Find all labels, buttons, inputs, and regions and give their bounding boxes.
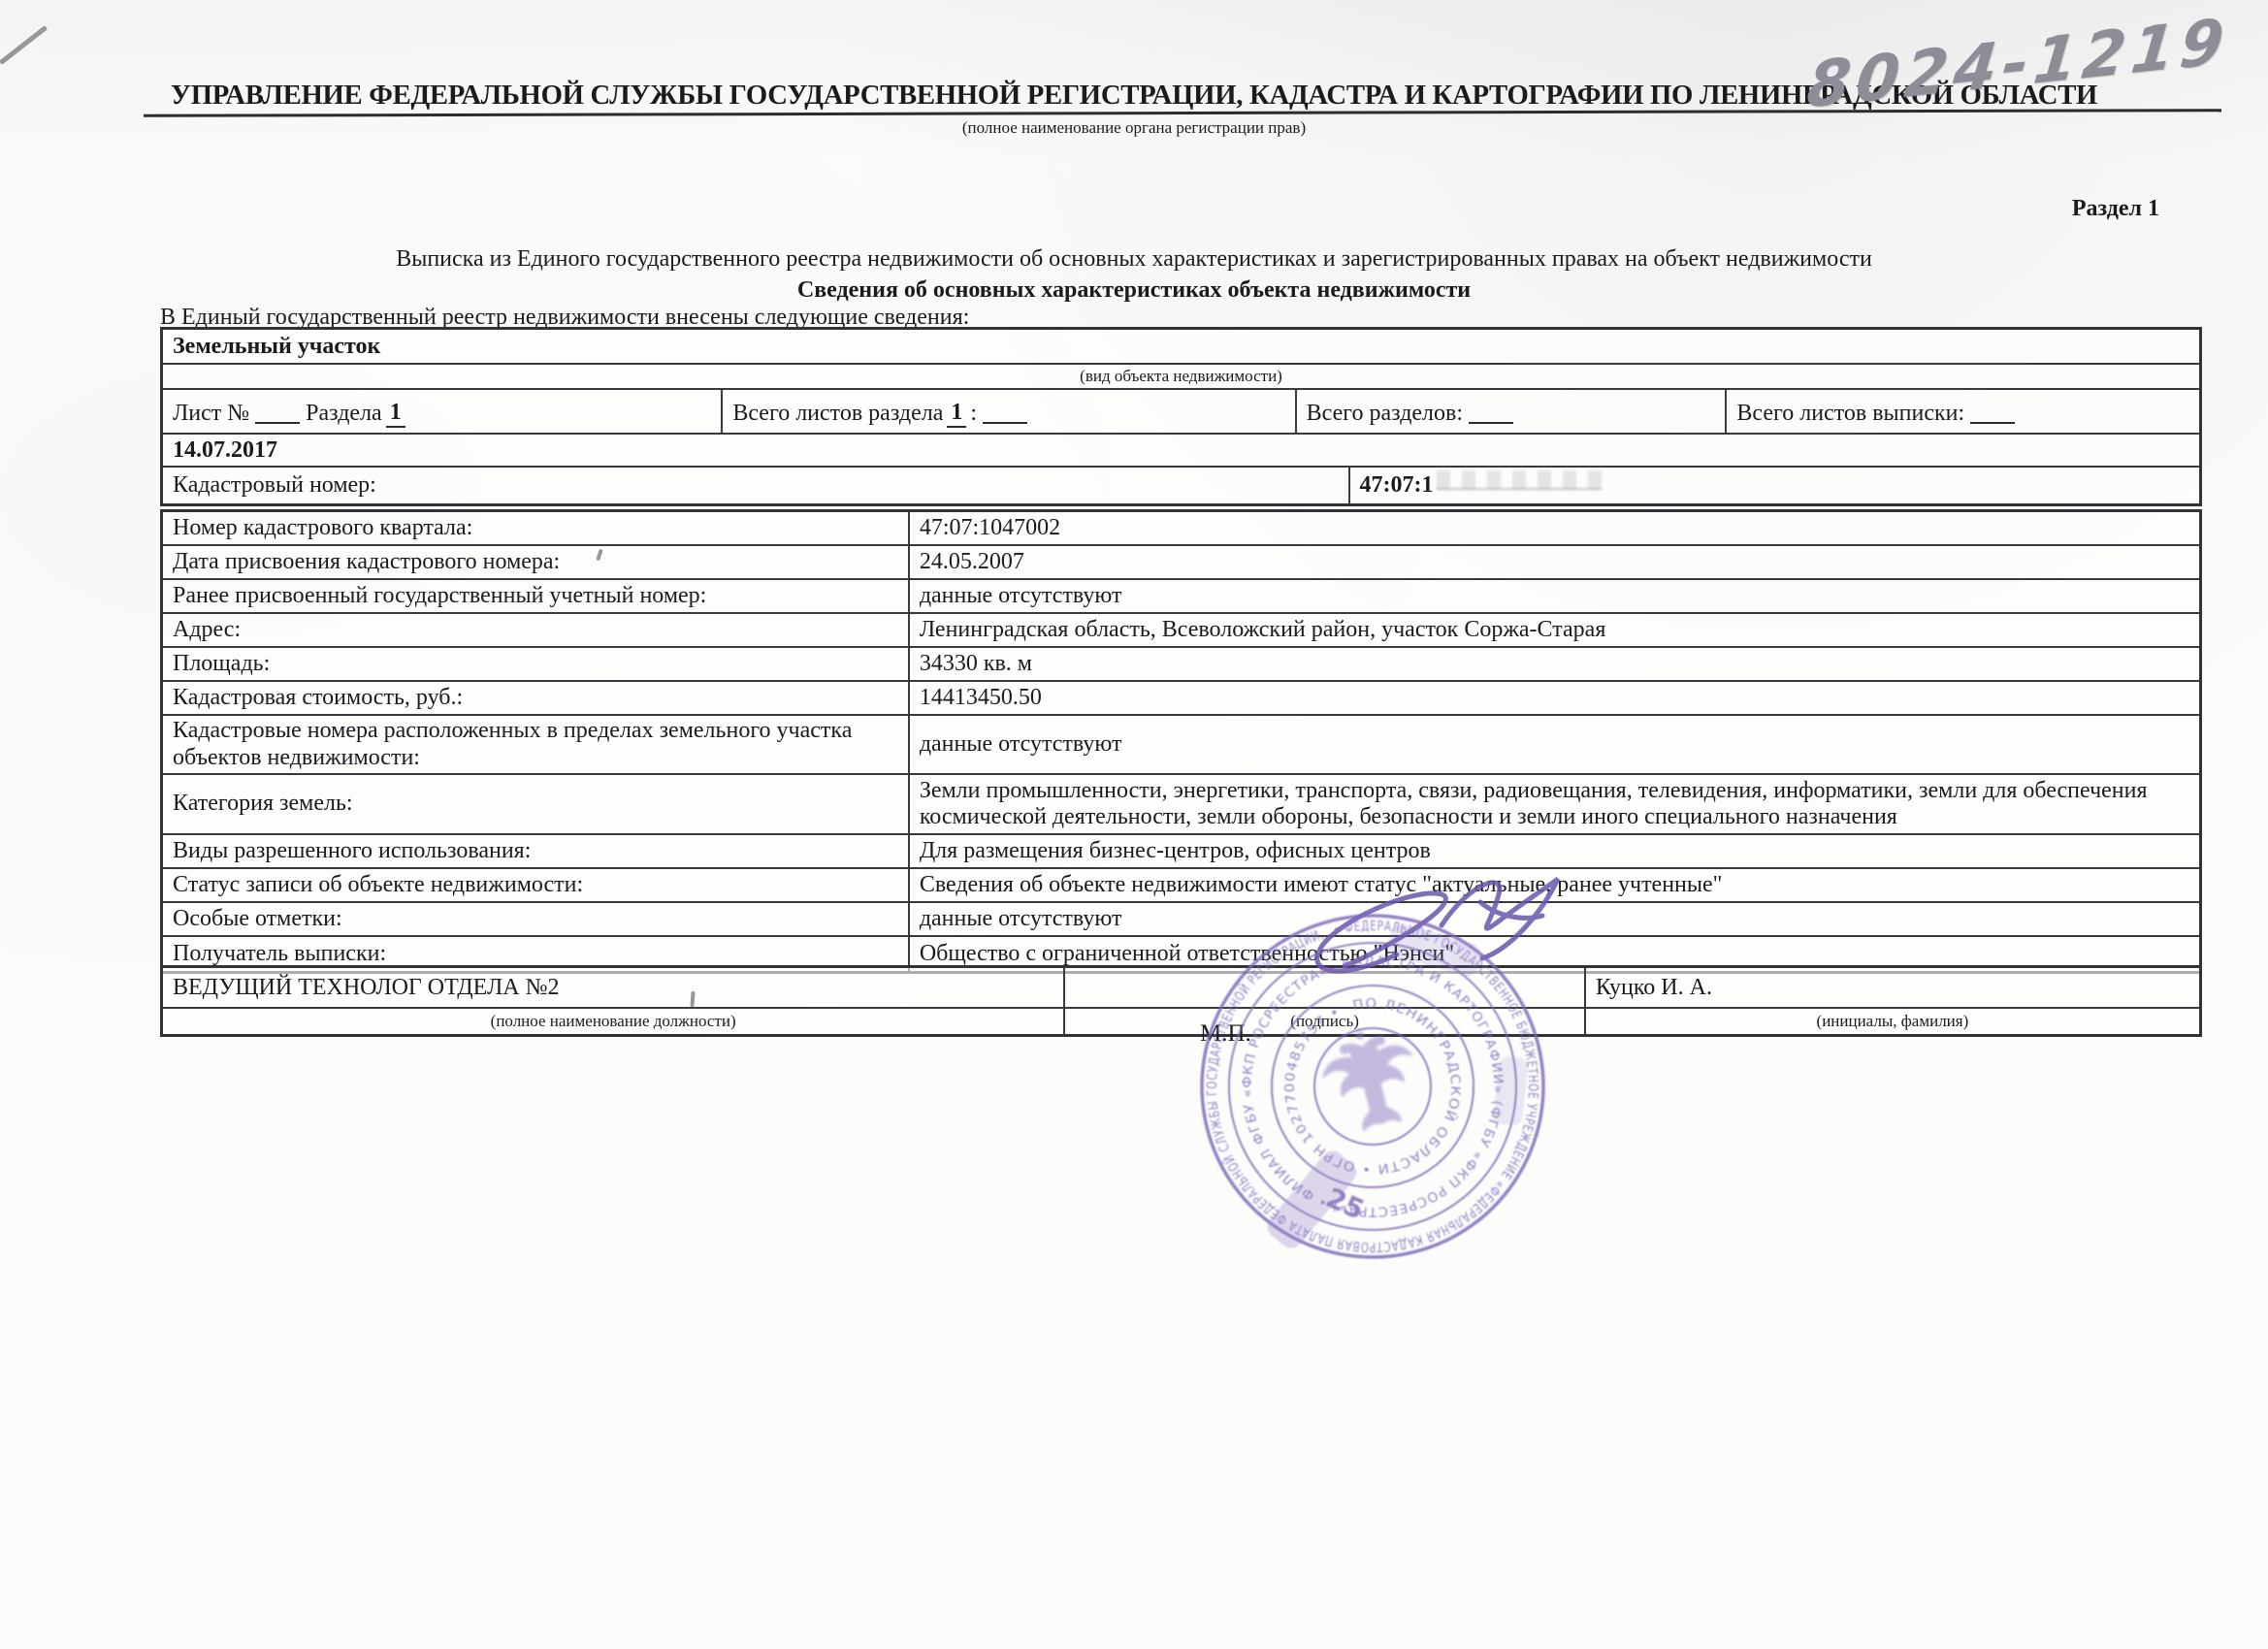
row-label: Номер кадастрового квартала: (163, 512, 908, 544)
row-label: Адрес: (163, 614, 908, 646)
blank-line (1469, 403, 1513, 424)
extract-date: 14.07.2017 (163, 435, 2199, 466)
row-label: Площадь: (163, 648, 908, 680)
cadastral-number-row: Кадастровый номер: 47:07:1 (163, 468, 2199, 503)
row-value: Земли промышленности, энергетики, трансп… (908, 775, 2199, 833)
total-sections-label: Всего разделов: (1307, 401, 1463, 427)
details-table: Номер кадастрового квартала: 47:07:10470… (160, 509, 2202, 974)
table-row: Площадь: 34330 кв. м (163, 648, 2199, 682)
extract-date-row: 14.07.2017 (163, 435, 2199, 468)
signer-name: Куцко И. А. (1584, 968, 2199, 1007)
name-caption: (инициалы, фамилия) (1584, 1009, 2199, 1034)
blank-line (255, 403, 300, 424)
row-label: Особые отметки: (163, 903, 908, 935)
sheet-label: Лист № (173, 401, 249, 427)
row-value: Ленинградская область, Всеволожский райо… (908, 614, 2199, 646)
document-title-line1: Выписка из Единого государственного реес… (0, 246, 2268, 273)
table-row: Кадастровые номера расположенных в преде… (163, 716, 2199, 775)
razdel-number: 1 (386, 400, 405, 428)
document-page: УПРАВЛЕНИЕ ФЕДЕРАЛЬНОЙ СЛУЖБЫ ГОСУДАРСТВ… (0, 0, 2268, 1649)
row-label: Дата присвоения кадастрового номера: (163, 546, 908, 578)
table-row: Кадастровая стоимость, руб.: 14413450.50 (163, 682, 2199, 716)
row-value: 24.05.2007 (908, 546, 2199, 578)
position-title: ВЕДУЩИЙ ТЕХНОЛОГ ОТДЕЛА №2 (163, 968, 1063, 1007)
row-value: 34330 кв. м (908, 648, 2199, 680)
table-row: Адрес: Ленинградская область, Всеволожск… (163, 614, 2199, 648)
section-label: Раздел 1 (2072, 196, 2159, 222)
object-type-caption: (вид объекта недвижимости) (1080, 367, 1282, 386)
signature-cell (1063, 968, 1583, 1007)
signature-table: ВЕДУЩИЙ ТЕХНОЛОГ ОТДЕЛА №2 Куцко И. А. (… (160, 965, 2202, 1037)
object-header-table: Земельный участок (вид объекта недвижимо… (160, 327, 2202, 506)
row-label: Ранее присвоенный государственный учетны… (163, 580, 908, 612)
row-value: 14413450.50 (908, 682, 2199, 714)
total-extract-label: Всего листов выписки: (1736, 401, 1964, 427)
row-label: Кадастровая стоимость, руб.: (163, 682, 908, 714)
total-sheets-colon: : (970, 401, 977, 427)
table-row: Ранее присвоенный государственный учетны… (163, 580, 2199, 614)
table-row: Виды разрешенного использования: Для раз… (163, 835, 2199, 869)
cadastral-number-visible: 47:07:1 (1360, 472, 1434, 499)
table-row: Дата присвоения кадастрового номера: 24.… (163, 546, 2199, 580)
document-title-line2: Сведения об основных характеристиках объ… (0, 277, 2268, 304)
whited-out-smudge (1437, 470, 1602, 490)
position-caption: (полное наименование должности) (163, 1009, 1063, 1034)
signature-main-row: ВЕДУЩИЙ ТЕХНОЛОГ ОТДЕЛА №2 Куцко И. А. (163, 968, 2199, 1009)
cadastral-number-value-cell: 47:07:1 (1348, 468, 2200, 503)
stamp-branch-number: 25 (1321, 1181, 1369, 1226)
total-sections-cell: Всего разделов: (1295, 390, 1726, 433)
blank-line (1970, 403, 2015, 424)
cadastral-number-label: Кадастровый номер: (163, 468, 1348, 503)
seal-place-mark: М.П. (1200, 1020, 1251, 1048)
total-sheets-label: Всего листов раздела (732, 401, 943, 427)
row-value: данные отсутствуют (908, 580, 2199, 612)
sheet-counts-row: Лист № Раздела 1 Всего листов раздела 1 … (163, 390, 2199, 435)
row-value: Сведения об объекте недвижимости имеют с… (908, 869, 2199, 901)
scan-artifact (0, 25, 48, 65)
sheet-number-cell: Лист № Раздела 1 (163, 390, 721, 433)
table-row: Категория земель: Земли промышленности, … (163, 775, 2199, 835)
table-row: Статус записи об объекте недвижимости: С… (163, 869, 2199, 903)
eagle-emblem (1313, 1020, 1428, 1138)
row-value: данные отсутствуют (908, 716, 2199, 773)
row-label: Категория земель: (163, 775, 908, 833)
signature-caption-row: (полное наименование должности) (подпись… (163, 1009, 2199, 1034)
sign-caption: (подпись) (1063, 1009, 1583, 1034)
total-sheets-number: 1 (947, 400, 966, 428)
total-sheets-cell: Всего листов раздела 1 : (721, 390, 1294, 433)
table-row: Номер кадастрового квартала: 47:07:10470… (163, 512, 2199, 546)
row-label: Статус записи об объекте недвижимости: (163, 869, 908, 901)
object-type-row: Земельный участок (163, 330, 2199, 365)
row-value: 47:07:1047002 (908, 512, 2199, 544)
table-row: Особые отметки: данные отсутствуют (163, 903, 2199, 937)
object-type-caption-row: (вид объекта недвижимости) (163, 365, 2199, 390)
row-value: данные отсутствуют (908, 903, 2199, 935)
total-extract-sheets-cell: Всего листов выписки: (1725, 390, 2199, 433)
razdel-label: Раздела (306, 401, 382, 427)
row-label: Кадастровые номера расположенных в преде… (163, 716, 908, 773)
header-caption: (полное наименование органа регистрации … (0, 118, 2268, 138)
row-value: Для размещения бизнес-центров, офисных ц… (908, 835, 2199, 867)
blank-line (983, 403, 1027, 424)
object-type: Земельный участок (163, 330, 2199, 363)
row-label: Виды разрешенного использования: (163, 835, 908, 867)
